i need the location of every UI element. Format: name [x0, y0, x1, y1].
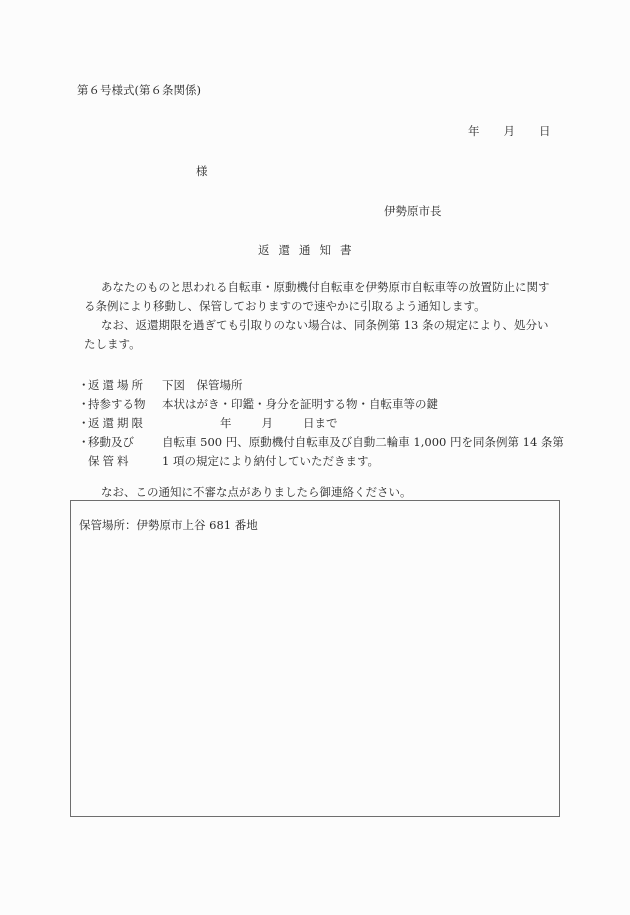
deadline-month-label: 月	[262, 414, 274, 433]
document-title: 返還通知書	[258, 242, 361, 258]
date-line: 年月日	[468, 123, 551, 139]
paragraph-notice: あなたのものと思われる自転車・原動機付自転車を伊勢原市自転車等の放置防止に関する…	[84, 278, 554, 316]
list-item-items-to-bring: ・ 持参する物 本状はがき・印鑑・身分を証明する物・自転車等の鍵	[78, 395, 564, 414]
item-value-line2: 1 項の規定により納付していただきます。	[162, 452, 379, 471]
storage-location-label: 保管場所：伊勢原市上谷 681 番地	[79, 517, 258, 533]
deadline-year-label: 年	[220, 414, 232, 433]
item-label-line2: 保管料	[88, 452, 162, 471]
item-label: 持参する物	[88, 395, 162, 414]
bullet: ・	[78, 433, 88, 452]
deadline-day-label: 日まで	[303, 414, 338, 433]
date-year-label: 年	[468, 123, 480, 139]
closing-note: なお、この通知に不審な点がありましたら御連絡ください。	[101, 484, 412, 500]
recipient-suffix: 様	[196, 163, 208, 179]
bullet: ・	[78, 376, 88, 395]
list-item-return-deadline: ・ 返還期限 年月日まで	[78, 414, 564, 433]
details-list: ・ 返還場所 下図 保管場所 ・ 持参する物 本状はがき・印鑑・身分を証明する物…	[78, 376, 564, 471]
item-label: 返還場所	[88, 376, 162, 395]
item-value: 下図 保管場所	[162, 376, 243, 395]
bullet: ・	[78, 414, 88, 433]
list-item-storage-fee: ・ 移動及び 自転車 500 円、原動機付自転車及び自動二輪車 1,000 円を…	[78, 433, 564, 452]
storage-location-box: 保管場所：伊勢原市上谷 681 番地	[70, 500, 560, 817]
paragraph-disposal-text: なお、返還期限を過ぎても引取りのない場合は、同条例第 13 条の規定により、処分…	[84, 318, 548, 351]
issuer: 伊勢原市長	[384, 203, 442, 219]
paragraph-notice-text: あなたのものと思われる自転車・原動機付自転車を伊勢原市自転車等の放置防止に関する…	[84, 280, 550, 313]
item-value: 本状はがき・印鑑・身分を証明する物・自転車等の鍵	[162, 395, 438, 414]
list-item-return-location: ・ 返還場所 下図 保管場所	[78, 376, 564, 395]
form-number: 第６号様式(第６条関係)	[77, 82, 201, 98]
deadline-date-fields: 年月日まで	[162, 414, 338, 433]
date-day-label: 日	[539, 123, 551, 139]
item-label: 返還期限	[88, 414, 162, 433]
paragraph-disposal: なお、返還期限を過ぎても引取りのない場合は、同条例第 13 条の規定により、処分…	[84, 316, 554, 354]
date-month-label: 月	[504, 123, 516, 139]
bullet: ・	[78, 395, 88, 414]
item-label: 移動及び	[88, 433, 162, 452]
list-item-storage-fee-cont: 保管料 1 項の規定により納付していただきます。	[78, 452, 564, 471]
item-value: 自転車 500 円、原動機付自転車及び自動二輪車 1,000 円を同条例第 14…	[162, 433, 564, 452]
